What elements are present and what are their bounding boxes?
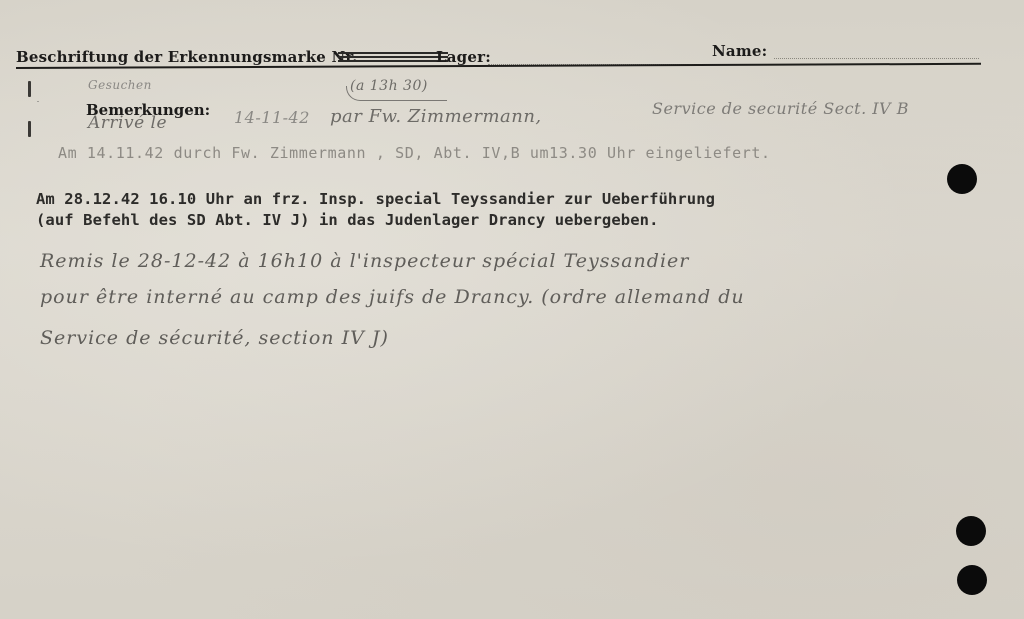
punch-hole [947,164,977,194]
typed-line-faint: Am 14.11.42 durch Fw. Zimmermann , SD, A… [58,144,771,162]
name-label: Name: [712,42,767,60]
name-field-line [774,58,979,59]
punch-hole [957,565,987,595]
handwritten-french-line-3: Service de sécurité, section IV J) [40,327,389,349]
handwritten-time: (a 13h 30) [350,78,428,94]
handwritten-gesuchen: Gesuchen [88,78,152,92]
margin-mark [28,81,31,97]
punch-hole [956,516,986,546]
typed-line-2: (auf Befehl des SD Abt. IV J) in das Jud… [36,211,659,229]
handwritten-date: 14-11-42 [234,108,310,127]
handwritten-french-line-1: Remis le 28-12-42 à 16h10 à l'inspecteur… [40,250,689,272]
handwritten-service: Service de securité Sect. IV B [652,99,909,118]
redacted-number [338,52,448,66]
form-title: Beschriftung der Erkennungsmarke Nr. [16,48,358,66]
lager-label: Lager: [436,48,491,66]
margin-mark [28,121,31,137]
handwritten-arrive: Arrivé le [88,113,167,133]
handwritten-french-line-2: pour être interné au camp des juifs de D… [40,286,745,308]
index-card: Beschriftung der Erkennungsmarke Nr. Lag… [0,0,1024,619]
margin-dot: . [37,95,39,104]
handwritten-par: par Fw. Zimmermann, [330,106,542,127]
typed-line-1: Am 28.12.42 16.10 Uhr an frz. Insp. spec… [36,190,715,208]
